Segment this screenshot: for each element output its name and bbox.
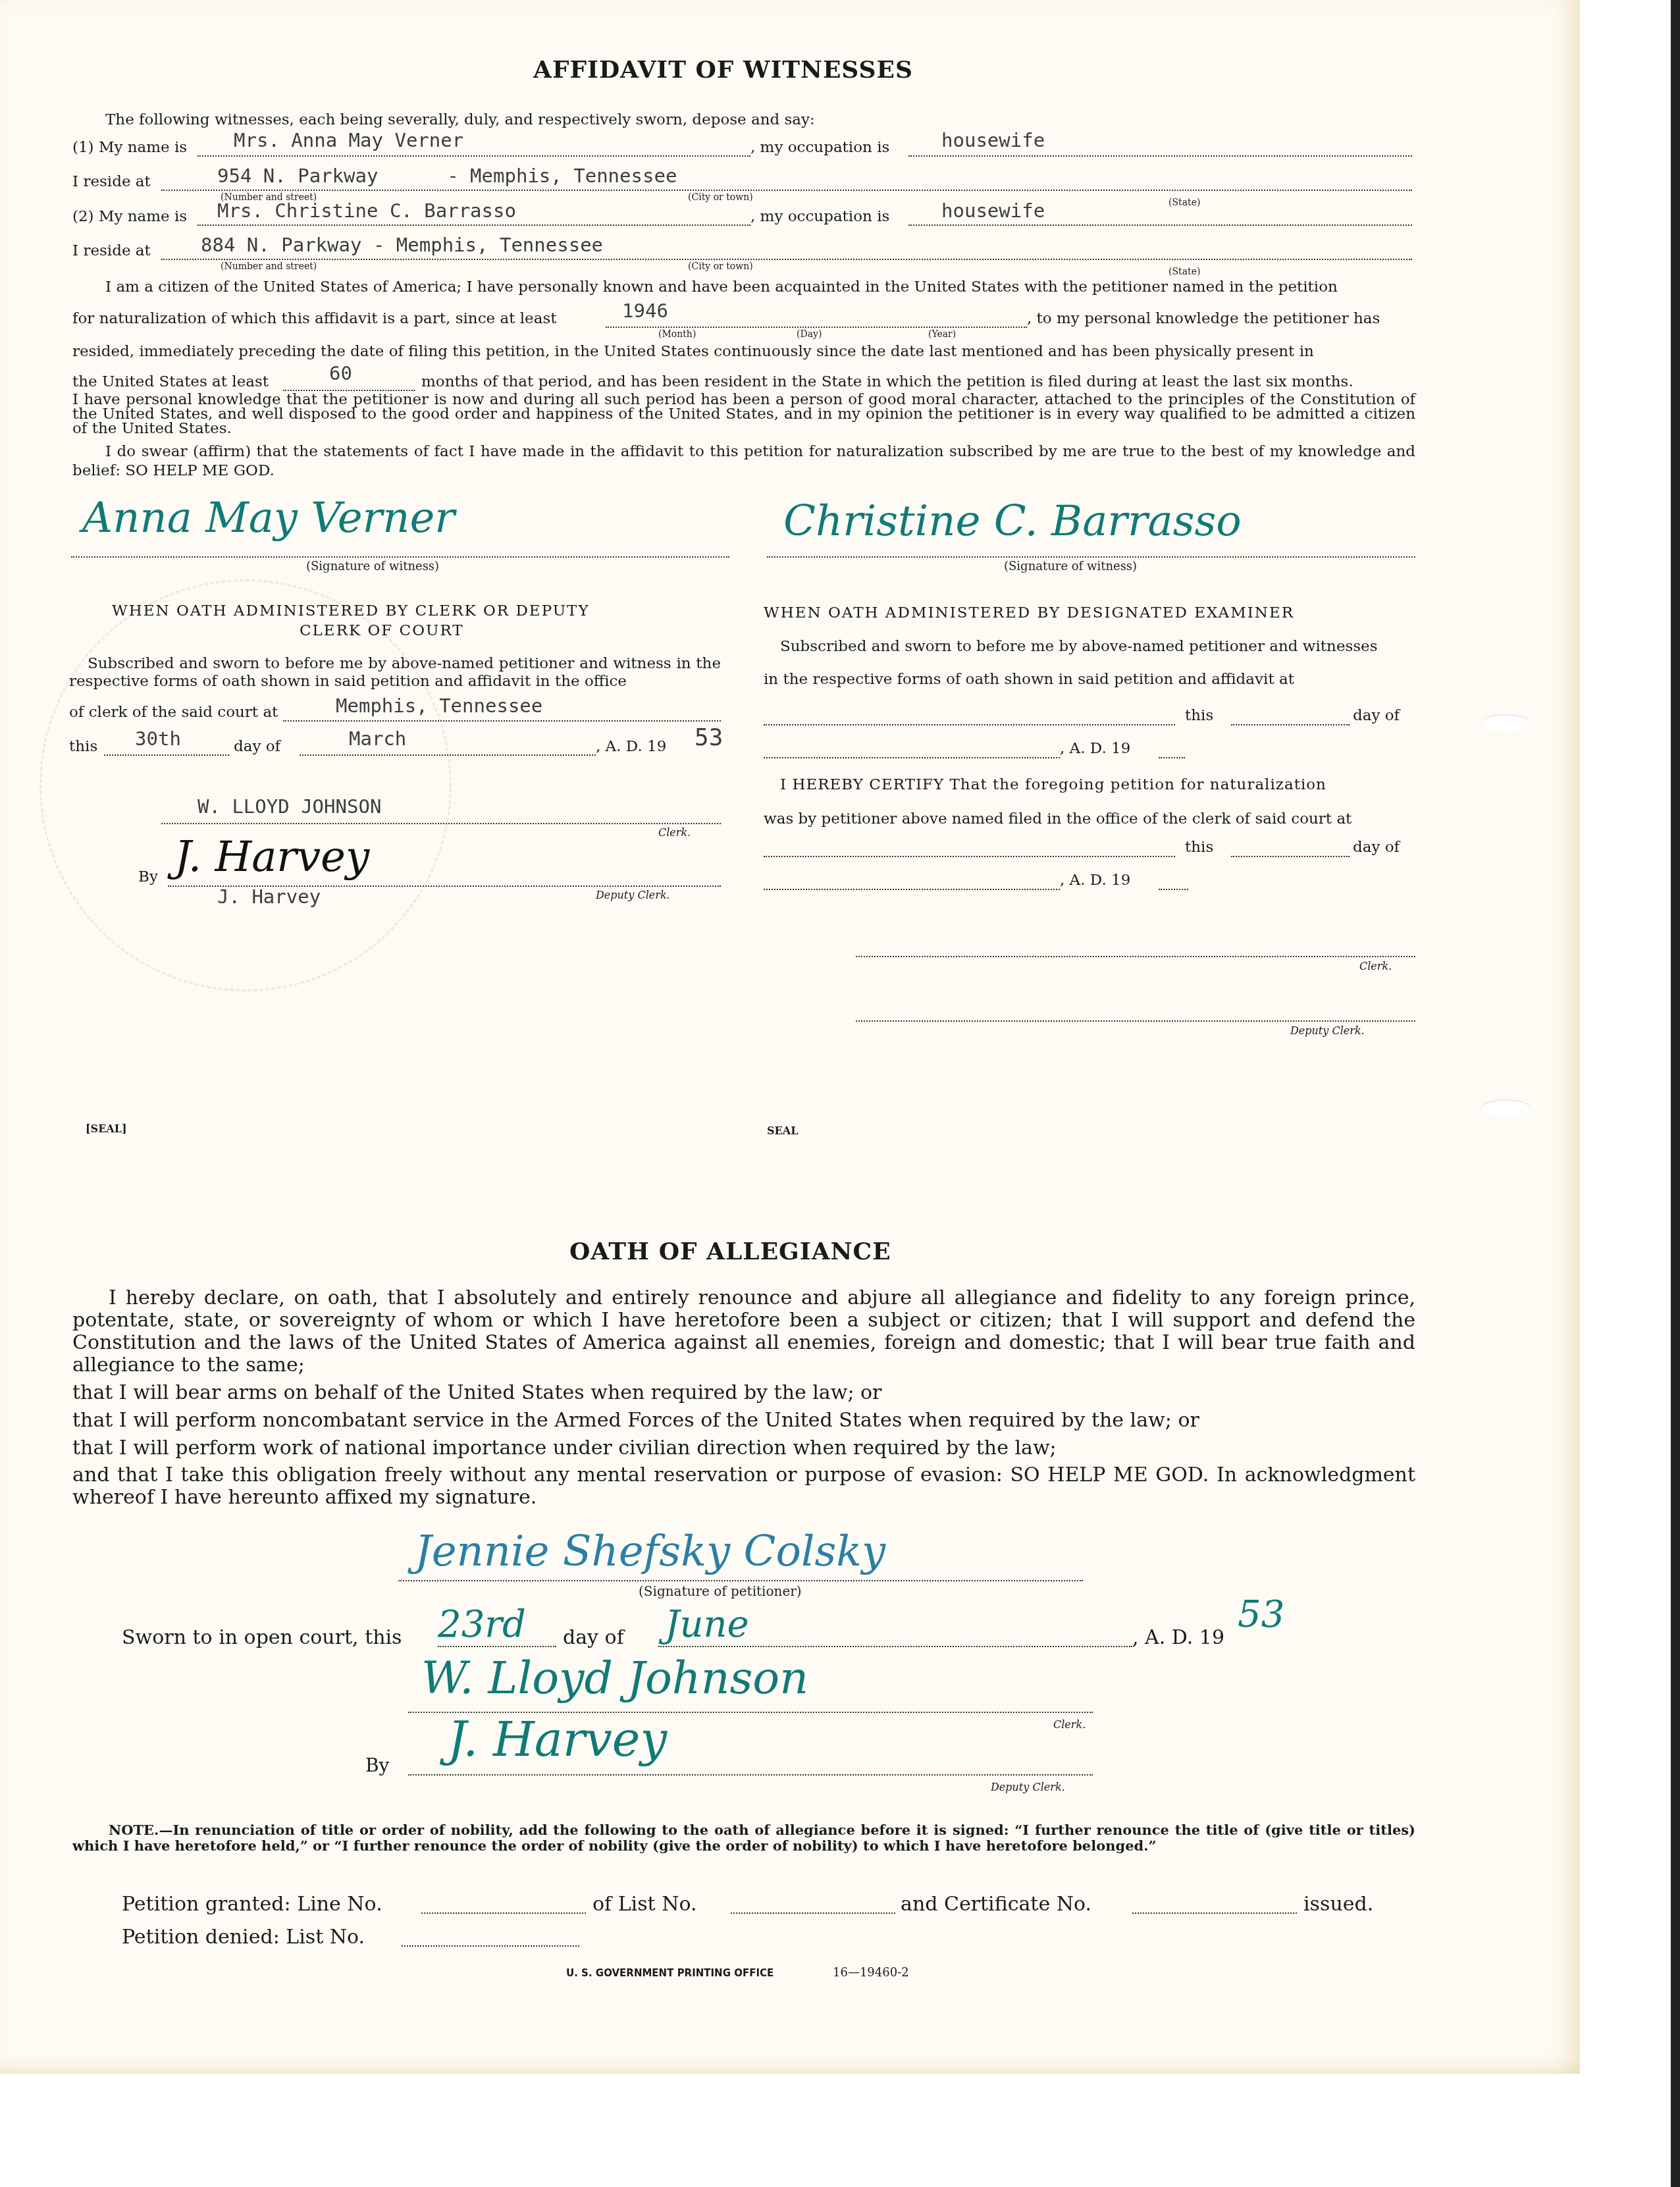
- oath-deputy-label: Deputy Clerk.: [991, 1781, 1065, 1793]
- examiner-place-field[interactable]: [764, 724, 1175, 725]
- list-no-field[interactable]: [731, 1912, 895, 1914]
- certificate-label: and Certificate No.: [901, 1893, 1091, 1916]
- certify-day-field[interactable]: [1231, 856, 1350, 857]
- examiner-day-field[interactable]: [1231, 724, 1350, 725]
- nobility-note: NOTE.—In renunciation of title or order …: [72, 1822, 1415, 1854]
- affidavit-intro: The following witnesses, each being seve…: [105, 111, 815, 130]
- printer-imprint: U. S. GOVERNMENT PRINTING OFFICE: [566, 1967, 774, 1979]
- clerk-heading-line2: CLERK OF COURT: [300, 622, 464, 639]
- witness2-address: 884 N. Parkway - Memphis, Tennessee: [201, 234, 603, 256]
- witness2-signature-line[interactable]: [767, 556, 1415, 558]
- clerk-label: Clerk.: [658, 826, 691, 839]
- affidavit-title: AFFIDAVIT OF WITNESSES: [533, 56, 913, 84]
- clerk-this-label: this: [69, 737, 97, 756]
- examiner-clerk-label: Clerk.: [1359, 960, 1392, 972]
- caption-month: (Month): [658, 329, 696, 340]
- witness1-signature-line[interactable]: [71, 556, 729, 558]
- line-no-field[interactable]: [421, 1912, 586, 1914]
- witness2-signature: Christine C. Barrasso: [783, 497, 1242, 546]
- witness2-signature-caption: (Signature of witness): [1004, 560, 1137, 573]
- deputy-clerk-label: Deputy Clerk.: [596, 889, 670, 901]
- clerk-day: 30th: [135, 727, 181, 750]
- examiner-sworn-text1: Subscribed and sworn to before me by abo…: [780, 637, 1378, 656]
- witness2-name: Mrs. Christine C. Barrasso: [217, 199, 516, 222]
- petitioner-signature-line[interactable]: [398, 1580, 1083, 1581]
- scanner-edge: [1671, 0, 1680, 2187]
- caption-state: (State): [1168, 267, 1200, 277]
- sworn-month: June: [665, 1603, 749, 1646]
- witness1-signature-caption: (Signature of witness): [306, 560, 439, 573]
- examiner-deputy-label: Deputy Clerk.: [1290, 1024, 1365, 1037]
- sworn-year: 53: [1238, 1593, 1284, 1636]
- certificate-no-field[interactable]: [1132, 1912, 1297, 1914]
- since-year: 1946: [622, 300, 668, 322]
- caption-street: (Number and street): [221, 261, 317, 272]
- punch-hole: [1481, 714, 1531, 731]
- witness2-name-field[interactable]: [197, 224, 750, 226]
- oath-obligation-line: and that I take this obligation freely w…: [72, 1464, 1415, 1509]
- examiner-ad-label: , A. D. 19: [1060, 739, 1130, 758]
- witness1-occupation: housewife: [941, 129, 1045, 151]
- clerk-year: 53: [695, 724, 723, 751]
- certify-line1: I HEREBY CERTIFY That the foregoing peti…: [780, 776, 1326, 795]
- clerk-day-field[interactable]: [104, 754, 229, 756]
- oath-deputy-field[interactable]: [408, 1774, 1093, 1776]
- witness1-signature: Anna May Verner: [82, 494, 455, 542]
- caption-city: (City or town): [688, 192, 753, 203]
- clerk-court-field[interactable]: [283, 720, 721, 722]
- of-list-label: of List No.: [592, 1893, 697, 1916]
- clerk-seal-label: [SEAL]: [86, 1122, 127, 1135]
- certify-ad-label: , A. D. 19: [1060, 871, 1130, 890]
- sworn-label: Sworn to in open court, this: [122, 1626, 402, 1649]
- caption-day: (Day): [797, 329, 822, 340]
- oath-clerk-signature: W. Lloyd Johnson: [421, 1652, 808, 1704]
- witness1-address: 954 N. Parkway - Memphis, Tennessee: [217, 165, 677, 187]
- issued-label: issued.: [1303, 1893, 1373, 1916]
- form-code: 16—19460-2: [833, 1966, 909, 1980]
- examiner-year-field[interactable]: [1159, 757, 1185, 758]
- certify-year-field[interactable]: [1159, 889, 1188, 890]
- witness1-address-field[interactable]: [161, 190, 1412, 191]
- oath-noncombatant-line: that I will perform noncombatant service…: [72, 1409, 1199, 1432]
- oath-renounce-paragraph: I hereby declare, on oath, that I absolu…: [72, 1287, 1415, 1377]
- clerk-deputy-signature: J. Harvey: [174, 833, 369, 882]
- oath-title: OATH OF ALLEGIANCE: [569, 1238, 891, 1265]
- citizen-paragraph-line2-post: , to my personal knowledge the petitione…: [1027, 309, 1380, 329]
- witness2-address-field[interactable]: [161, 259, 1412, 260]
- sworn-ad-label: , A. D. 19: [1132, 1626, 1224, 1649]
- petitioner-signature: Jennie Shefsky Colsky: [415, 1527, 885, 1576]
- embossed-seal: [39, 579, 452, 991]
- clerk-court-label: of clerk of the said court at: [69, 703, 278, 722]
- swear-paragraph: I do swear (affirm) that the statements …: [72, 442, 1415, 481]
- clerk-by-label: By: [138, 868, 158, 887]
- witness2-reside-label: I reside at: [72, 242, 151, 261]
- citizen-paragraph-line1: I am a citizen of the United States of A…: [105, 278, 1415, 297]
- certify-line2: was by petitioner above named filed in t…: [764, 810, 1352, 829]
- clerk-sworn-text: Subscribed and sworn to before me by abo…: [69, 655, 721, 691]
- examiner-seal-label: SEAL: [767, 1124, 798, 1137]
- sworn-day: 23rd: [438, 1603, 526, 1646]
- witness1-reside-label: I reside at: [72, 172, 151, 192]
- witness1-name: Mrs. Anna May Verner: [234, 129, 463, 151]
- examiner-day-of-label: day of: [1353, 706, 1400, 725]
- citizen-paragraph-line4-pre: the United States at least: [72, 373, 269, 392]
- certify-month-field[interactable]: [764, 889, 1060, 890]
- oath-clerk-label: Clerk.: [1053, 1718, 1086, 1731]
- clerk-name-field[interactable]: [161, 823, 721, 824]
- witness2-occupation-field[interactable]: [908, 224, 1412, 226]
- witness2-occupation-label: , my occupation is: [750, 207, 889, 226]
- denied-list-no-field[interactable]: [402, 1945, 579, 1947]
- examiner-clerk-field[interactable]: [856, 956, 1415, 957]
- oath-civilian-work-line: that I will perform work of national imp…: [72, 1436, 1057, 1460]
- witness1-name-label: (1) My name is: [72, 138, 187, 157]
- examiner-heading: WHEN OATH ADMINISTERED BY DESIGNATED EXA…: [764, 604, 1294, 621]
- examiner-sworn-text2: in the respective forms of oath shown in…: [764, 670, 1294, 689]
- witness1-occupation-field[interactable]: [908, 155, 1412, 157]
- caption-state: (State): [1168, 198, 1200, 208]
- sworn-day-of-label: day of: [563, 1626, 624, 1649]
- punch-hole: [1481, 1099, 1531, 1117]
- petition-denied-label: Petition denied: List No.: [122, 1926, 365, 1949]
- sworn-day-field[interactable]: [438, 1646, 556, 1647]
- petition-granted-label: Petition granted: Line No.: [122, 1893, 382, 1916]
- clerk-deputy-typed: J. Harvey: [217, 885, 321, 908]
- certify-day-of-label: day of: [1353, 838, 1400, 857]
- clerk-ad-label: , A. D. 19: [596, 737, 666, 756]
- caption-city: (City or town): [688, 261, 753, 272]
- witness1-occupation-label: , my occupation is: [750, 138, 889, 157]
- oath-bear-arms-line: that I will bear arms on behalf of the U…: [72, 1381, 881, 1404]
- sworn-month-field[interactable]: [658, 1646, 1132, 1647]
- oath-by-label: By: [365, 1754, 389, 1776]
- clerk-month: March: [349, 727, 406, 750]
- clerk-day-of-label: day of: [234, 737, 280, 756]
- witness2-occupation: housewife: [941, 199, 1045, 222]
- clerk-court-location: Memphis, Tennessee: [336, 695, 542, 717]
- citizen-paragraph-line2-pre: for naturalization of which this affidav…: [72, 309, 556, 329]
- clerk-month-field[interactable]: [300, 754, 596, 756]
- certify-place-field[interactable]: [764, 856, 1175, 857]
- citizen-paragraph-line3: resided, immediately preceding the date …: [72, 342, 1415, 361]
- clerk-name: W. LLOYD JOHNSON: [197, 795, 381, 818]
- witness2-name-label: (2) My name is: [72, 207, 187, 226]
- caption-year: (Year): [928, 329, 956, 340]
- examiner-month-field[interactable]: [764, 757, 1060, 758]
- examiner-this-label: this: [1185, 706, 1213, 725]
- witness1-name-field[interactable]: [197, 155, 750, 157]
- moral-character-paragraph: I have personal knowledge that the petit…: [72, 392, 1415, 436]
- examiner-deputy-field[interactable]: [856, 1020, 1415, 1022]
- since-date-field[interactable]: [606, 327, 1027, 328]
- months-present: 60: [329, 362, 352, 384]
- clerk-heading-line1: WHEN OATH ADMINISTERED BY CLERK OR DEPUT…: [112, 602, 590, 619]
- certify-this-label: this: [1185, 838, 1213, 857]
- citizen-paragraph-line4-post: months of that period, and has been resi…: [421, 373, 1353, 392]
- petitioner-signature-caption: (Signature of petitioner): [639, 1583, 802, 1599]
- oath-deputy-signature: J. Harvey: [448, 1712, 667, 1767]
